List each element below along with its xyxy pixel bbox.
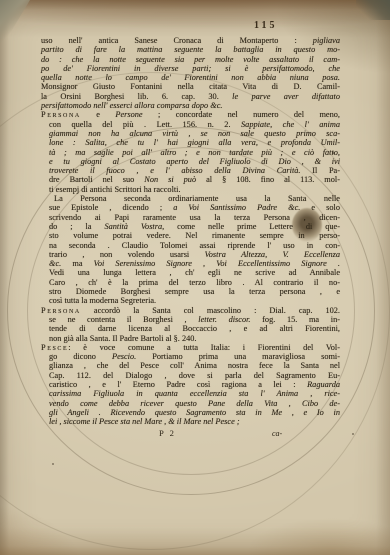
text-line: persifattomodo nell' esserci allora comp… [41, 101, 340, 110]
text-segment: uso nell' antica Sanese Cronaca di Monta… [41, 36, 313, 45]
text-line: sto volume potrai vedere. Nel rimanente … [41, 231, 340, 240]
page-footer: P 2 ca- [41, 428, 340, 440]
text-line: non già alla Santa. Il Padre Bartoli al … [41, 334, 340, 343]
text-segment: caristico , e l' Eterno Padre così ragio… [49, 380, 307, 389]
text-line: Pesce: è voce comune a tutta Italia: i F… [41, 343, 340, 352]
text-segment: e solo [300, 203, 340, 212]
text-line: glianza , che del Pesce coll' Anima nost… [41, 361, 340, 370]
text-segment: do : che la notte seguente sia per molte… [41, 55, 340, 64]
text-segment: Persone [115, 110, 142, 119]
text-segment: Sappiate, che l' anima [241, 120, 340, 129]
text-segment: Vedi una lunga lettera , ch' egli ne scr… [49, 268, 340, 277]
text-segment: Santità Vostra, [104, 222, 164, 231]
text-segment: Pesce [41, 343, 68, 352]
text-segment: &c. [49, 259, 72, 268]
text-segment: al § 108. fino al 113. mol- [196, 175, 340, 184]
text-line: dre Bartoli nel suo Non si può al § 108.… [41, 175, 340, 184]
text-segment: accordò la Santa col mascolino : Dial. c… [81, 306, 340, 315]
text-segment: scrivendo ai Papi raramente usa la terza… [49, 213, 340, 222]
text-line: scrivendo ai Papi raramente usa la terza… [41, 213, 340, 222]
text-segment: la Orsini Borghesi lib. 6. cap. 30. [41, 92, 232, 101]
text-line: Monsignor Giusto Fontanini nella citata … [41, 82, 340, 91]
text-line: La Persona seconda ordinariamente usa la… [41, 194, 340, 203]
text-segment: persifattomodo nell' esserci allora comp… [41, 101, 222, 110]
text-segment: trario , non volendo usarsi [49, 250, 205, 259]
text-segment: troverete il fuoco , e l' abisso della D… [49, 166, 312, 175]
text-segment: e [81, 110, 116, 119]
text-line: giammai non ha alcuna virtù , se non sal… [41, 129, 340, 138]
text-segment: ma [72, 259, 93, 268]
text-segment: na seconda . Claudio Tolomei assai ripre… [49, 241, 340, 250]
text-line: stro Diomede Borghesi sempre usa la terz… [41, 287, 340, 296]
text-segment: Persona [41, 110, 81, 119]
signature-mark: P 2 [159, 428, 176, 438]
text-segment: po de' Fiorentini in diverse parti; si è… [41, 64, 340, 73]
text-line: do : che la notte seguente sia per molte… [41, 55, 340, 64]
text-line: se ne contenta il Borghesi , letter. dis… [41, 315, 340, 324]
text-line: gli Angeli . Ricevendo questo Sagramento… [41, 408, 340, 417]
text-line: po de' Fiorentini in diverse parti; si è… [41, 64, 340, 73]
text-segment: lone : Salita, che tu l' hai giogni alla… [49, 138, 340, 147]
text-line: carissima Figliuola in quanta eccellenzi… [41, 389, 340, 398]
text-segment: tà ; ma saglie poi all' altro ; e non ta… [49, 148, 340, 157]
text-segment: tende di darne licenza al Boccaccio , e … [49, 324, 340, 333]
text-line: Cap. 112. del Dialogo , dove si parla de… [41, 371, 340, 380]
text-segment: go dicono [49, 352, 112, 361]
text-line: lei , siccome il Pesce sta nel Mare , & … [41, 417, 340, 426]
text-segment: letter. discor. [198, 315, 250, 324]
text-segment: e tu giogni al Costato aperto del Figliu… [49, 157, 340, 166]
text-segment: gli Angeli . Ricevendo questo Sagramento… [49, 408, 340, 417]
text-line: quella notte lo campo de' Fiorentini non… [41, 73, 340, 82]
text-line: tende di darne licenza al Boccaccio , e … [41, 324, 340, 333]
text-line: trario , non volendo usarsi Vostra Altez… [41, 250, 340, 259]
text-segment: sto volume potrai vedere. Nel rimanente … [49, 231, 340, 240]
text-segment: come nelle prime Lettere di que- [164, 222, 340, 231]
text-segment: lei , siccome il Pesce sta nel Mare , & … [49, 417, 240, 426]
text-segment: le parve aver difattato [232, 92, 340, 101]
text-segment: non già alla Santa. Il Padre Bartoli al … [49, 334, 196, 343]
text-segment: vendo come debba ricever questo Pane del… [49, 399, 340, 408]
text-line: &c. ma Voi Serenissimo Signore , Voi Ecc… [41, 259, 340, 268]
text-line: lone : Salita, che tu l' hai giogni alla… [41, 138, 340, 147]
text-segment: a Voi Santissimo Padre &c. [173, 203, 300, 212]
text-line: la Orsini Borghesi lib. 6. cap. 30. le p… [41, 92, 340, 101]
text-segment: ; concordate nel numero del meno, [143, 110, 340, 119]
text-segment: con quella del più . Lett. 156. n. 2. [49, 120, 241, 129]
text-line: caristico , e l' Eterno Padre così ragio… [41, 380, 340, 389]
text-segment: se ne contenta il Borghesi , [49, 315, 198, 324]
text-segment: fog. 15. ma in- [251, 315, 340, 324]
text-segment: glianza , che del Pesce coll' Anima nost… [49, 361, 340, 370]
text-segment: Raguarda [307, 380, 340, 389]
text-line: vendo come debba ricever questo Pane del… [41, 399, 340, 408]
text-line: con quella del più . Lett. 156. n. 2. Sa… [41, 120, 340, 129]
text-line: go dicono Pescio. Portiamo prima una mar… [41, 352, 340, 361]
paper-speck [52, 463, 54, 465]
text-segment: : è voce comune a tutta Italia: i Fioren… [68, 343, 340, 352]
paper-speck [352, 433, 354, 435]
text-line: do ; la Santità Vostra, come nelle prime… [41, 222, 340, 231]
text-line: Persona e Persone ; concordate nel numer… [41, 110, 340, 119]
text-segment: quella notte lo campo de' Fiorentini non… [41, 73, 340, 82]
text-segment: stro Diomede Borghesi sempre usa la terz… [49, 287, 340, 296]
page-number: 115 [254, 20, 277, 31]
text-segment: Cap. 112. del Dialogo , dove si parla de… [49, 371, 340, 380]
text-segment: pigliava [313, 36, 340, 45]
catchword: ca- [272, 429, 282, 438]
text-segment: Caro , ch' è la prima del terzo libro . … [49, 278, 340, 287]
text-segment: Voi Serenissimo Signore , Voi Eccellenti… [94, 259, 340, 268]
text-segment: La Persona seconda ordinariamente usa la… [54, 194, 340, 203]
text-line: Persona accordò la Santa col mascolino :… [41, 306, 340, 315]
text-line: troverete il fuoco , e l' abisso della D… [41, 166, 340, 175]
text-segment: Non si può [144, 175, 196, 184]
text-line: na seconda . Claudio Tolomei assai ripre… [41, 241, 340, 250]
text-segment: carissima Figliuola in quanta eccellenzi… [49, 389, 340, 398]
text-line: partito di fare la mattina seguente la b… [41, 45, 340, 54]
text-segment: Monsignor Giusto Fontanini nella citata … [41, 82, 340, 91]
text-segment: giammai non ha alcuna virtù , se non sal… [49, 129, 340, 138]
text-segment: ti esempj di antichi Scrittori ha raccol… [49, 185, 181, 194]
page-corner-top-right [356, 0, 390, 20]
text-segment: partito di fare la mattina seguente la b… [41, 45, 340, 54]
text-line: e tu giogni al Costato aperto del Figliu… [41, 157, 340, 166]
page-text: uso nell' antica Sanese Cronaca di Monta… [41, 36, 340, 426]
text-line: Caro , ch' è la prima del terzo libro . … [41, 278, 340, 287]
text-segment: Vostra Altezza, V. Eccellenza [205, 250, 340, 259]
text-segment: così tutta la moderna Segreteria. [49, 296, 156, 305]
text-segment: Persona [41, 306, 81, 315]
text-line: ti esempj di antichi Scrittori ha raccol… [41, 185, 340, 194]
text-segment: Il Pa- [312, 166, 340, 175]
text-segment: Portiamo prima una maravigliosa somi- [136, 352, 340, 361]
text-segment: do ; la [49, 222, 104, 231]
text-segment: Pescio. [112, 352, 136, 361]
text-line: così tutta la moderna Segreteria. [41, 296, 340, 305]
text-line: Vedi una lunga lettera , ch' egli ne scr… [41, 268, 340, 277]
text-line: tà ; ma saglie poi all' altro ; e non ta… [41, 148, 340, 157]
text-segment: sue Epistole , dicendo ; [49, 203, 173, 212]
text-segment: dre Bartoli nel suo [49, 175, 144, 184]
text-line: sue Epistole , dicendo ; a Voi Santissim… [41, 203, 340, 212]
text-line: uso nell' antica Sanese Cronaca di Monta… [41, 36, 340, 45]
